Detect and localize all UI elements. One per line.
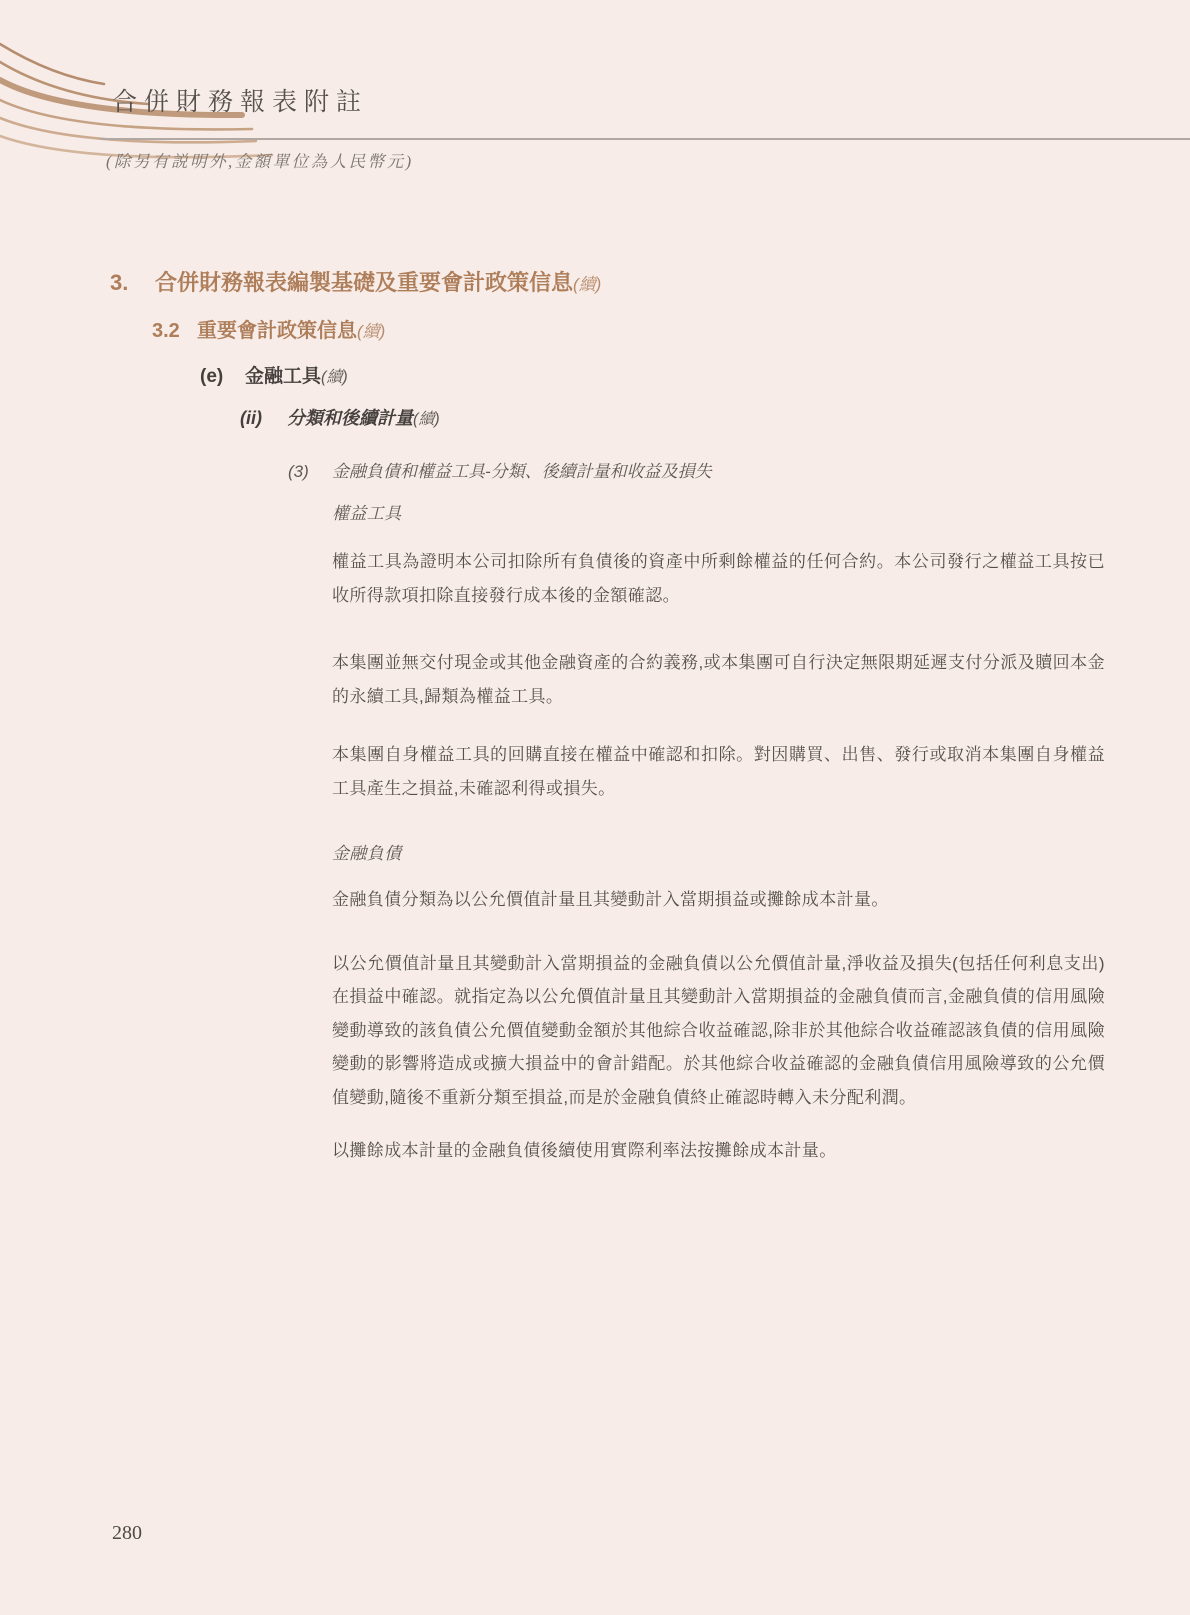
section-3-2-title: 重要會計政策信息 <box>197 320 357 342</box>
liabilities-paragraph-1: 金融負債分類為以公允價值計量且其變動計入當期損益或攤餘成本計量。 <box>332 883 1105 917</box>
item-3-heading: (3) 金融負債和權益工具-分類、後續計量和收益及損失 <box>288 460 1105 483</box>
item-ii-title: 分類和後續計量 <box>287 408 413 428</box>
item-e-title-wrap: 金融工具(續) <box>245 364 348 391</box>
item-ii-number: (ii) <box>240 406 287 432</box>
item-ii-title-wrap: 分類和後續計量(續) <box>287 406 440 432</box>
section-3-number: 3. <box>110 268 155 300</box>
item-e-heading: (e) 金融工具(續) <box>200 364 1105 391</box>
section-3-2-title-wrap: 重要會計政策信息(續) <box>197 317 385 346</box>
section-3-2-number: 3.2 <box>152 317 197 346</box>
section-3-heading: 3. 合併財務報表編製基礎及重要會計政策信息(續) <box>110 268 1105 300</box>
equity-paragraph-2: 本集團並無交付現金或其他金融資產的合約義務,或本集團可自行決定無限期延遲支付分派… <box>332 646 1105 713</box>
body-text-column: 權益工具 權益工具為證明本公司扣除所有負債後的資產中所剩餘權益的任何合約。本公司… <box>332 502 1105 1168</box>
liabilities-paragraph-3: 以攤餘成本計量的金融負債後續使用實際利率法按攤餘成本計量。 <box>332 1134 1105 1168</box>
item-3-number: (3) <box>288 460 332 483</box>
financial-liabilities-subheading: 金融負債 <box>332 842 1105 865</box>
item-e-number: (e) <box>200 364 245 391</box>
item-e-title: 金融工具 <box>245 366 321 387</box>
section-3-2-heading: 3.2 重要會計政策信息(續) <box>152 317 1105 346</box>
item-e-continued: (續) <box>321 369 348 386</box>
header-divider <box>100 138 1190 140</box>
equity-instruments-subheading: 權益工具 <box>332 502 1105 525</box>
section-3-title-wrap: 合併財務報表編製基礎及重要會計政策信息(續) <box>155 268 601 300</box>
item-ii-continued: (續) <box>413 411 440 428</box>
section-3-title: 合併財務報表編製基礎及重要會計政策信息 <box>155 270 573 295</box>
section-3-2-continued: (續) <box>357 322 385 341</box>
item-3-title: 金融負債和權益工具-分類、後續計量和收益及損失 <box>332 460 712 483</box>
page-number: 280 <box>112 1522 142 1545</box>
equity-paragraph-1: 權益工具為證明本公司扣除所有負債後的資產中所剩餘權益的任何合約。本公司發行之權益… <box>332 545 1105 612</box>
document-page: 合併財務報表附註 (除另有説明外,金額單位為人民幣元) 3. 合併財務報表編製基… <box>0 0 1190 1615</box>
document-subtitle: (除另有説明外,金額單位為人民幣元) <box>106 148 414 172</box>
note-content: 3. 合併財務報表編製基礎及重要會計政策信息(續) 3.2 重要會計政策信息(續… <box>110 268 1105 1168</box>
equity-paragraph-3: 本集團自身權益工具的回購直接在權益中確認和扣除。對因購買、出售、發行或取消本集團… <box>332 738 1105 805</box>
liabilities-paragraph-2: 以公允價值計量且其變動計入當期損益的金融負債以公允價值計量,淨收益及損失(包括任… <box>332 947 1105 1115</box>
section-3-continued: (續) <box>573 275 601 294</box>
item-ii-heading: (ii) 分類和後續計量(續) <box>240 406 1105 432</box>
document-title: 合併財務報表附註 <box>112 82 368 118</box>
